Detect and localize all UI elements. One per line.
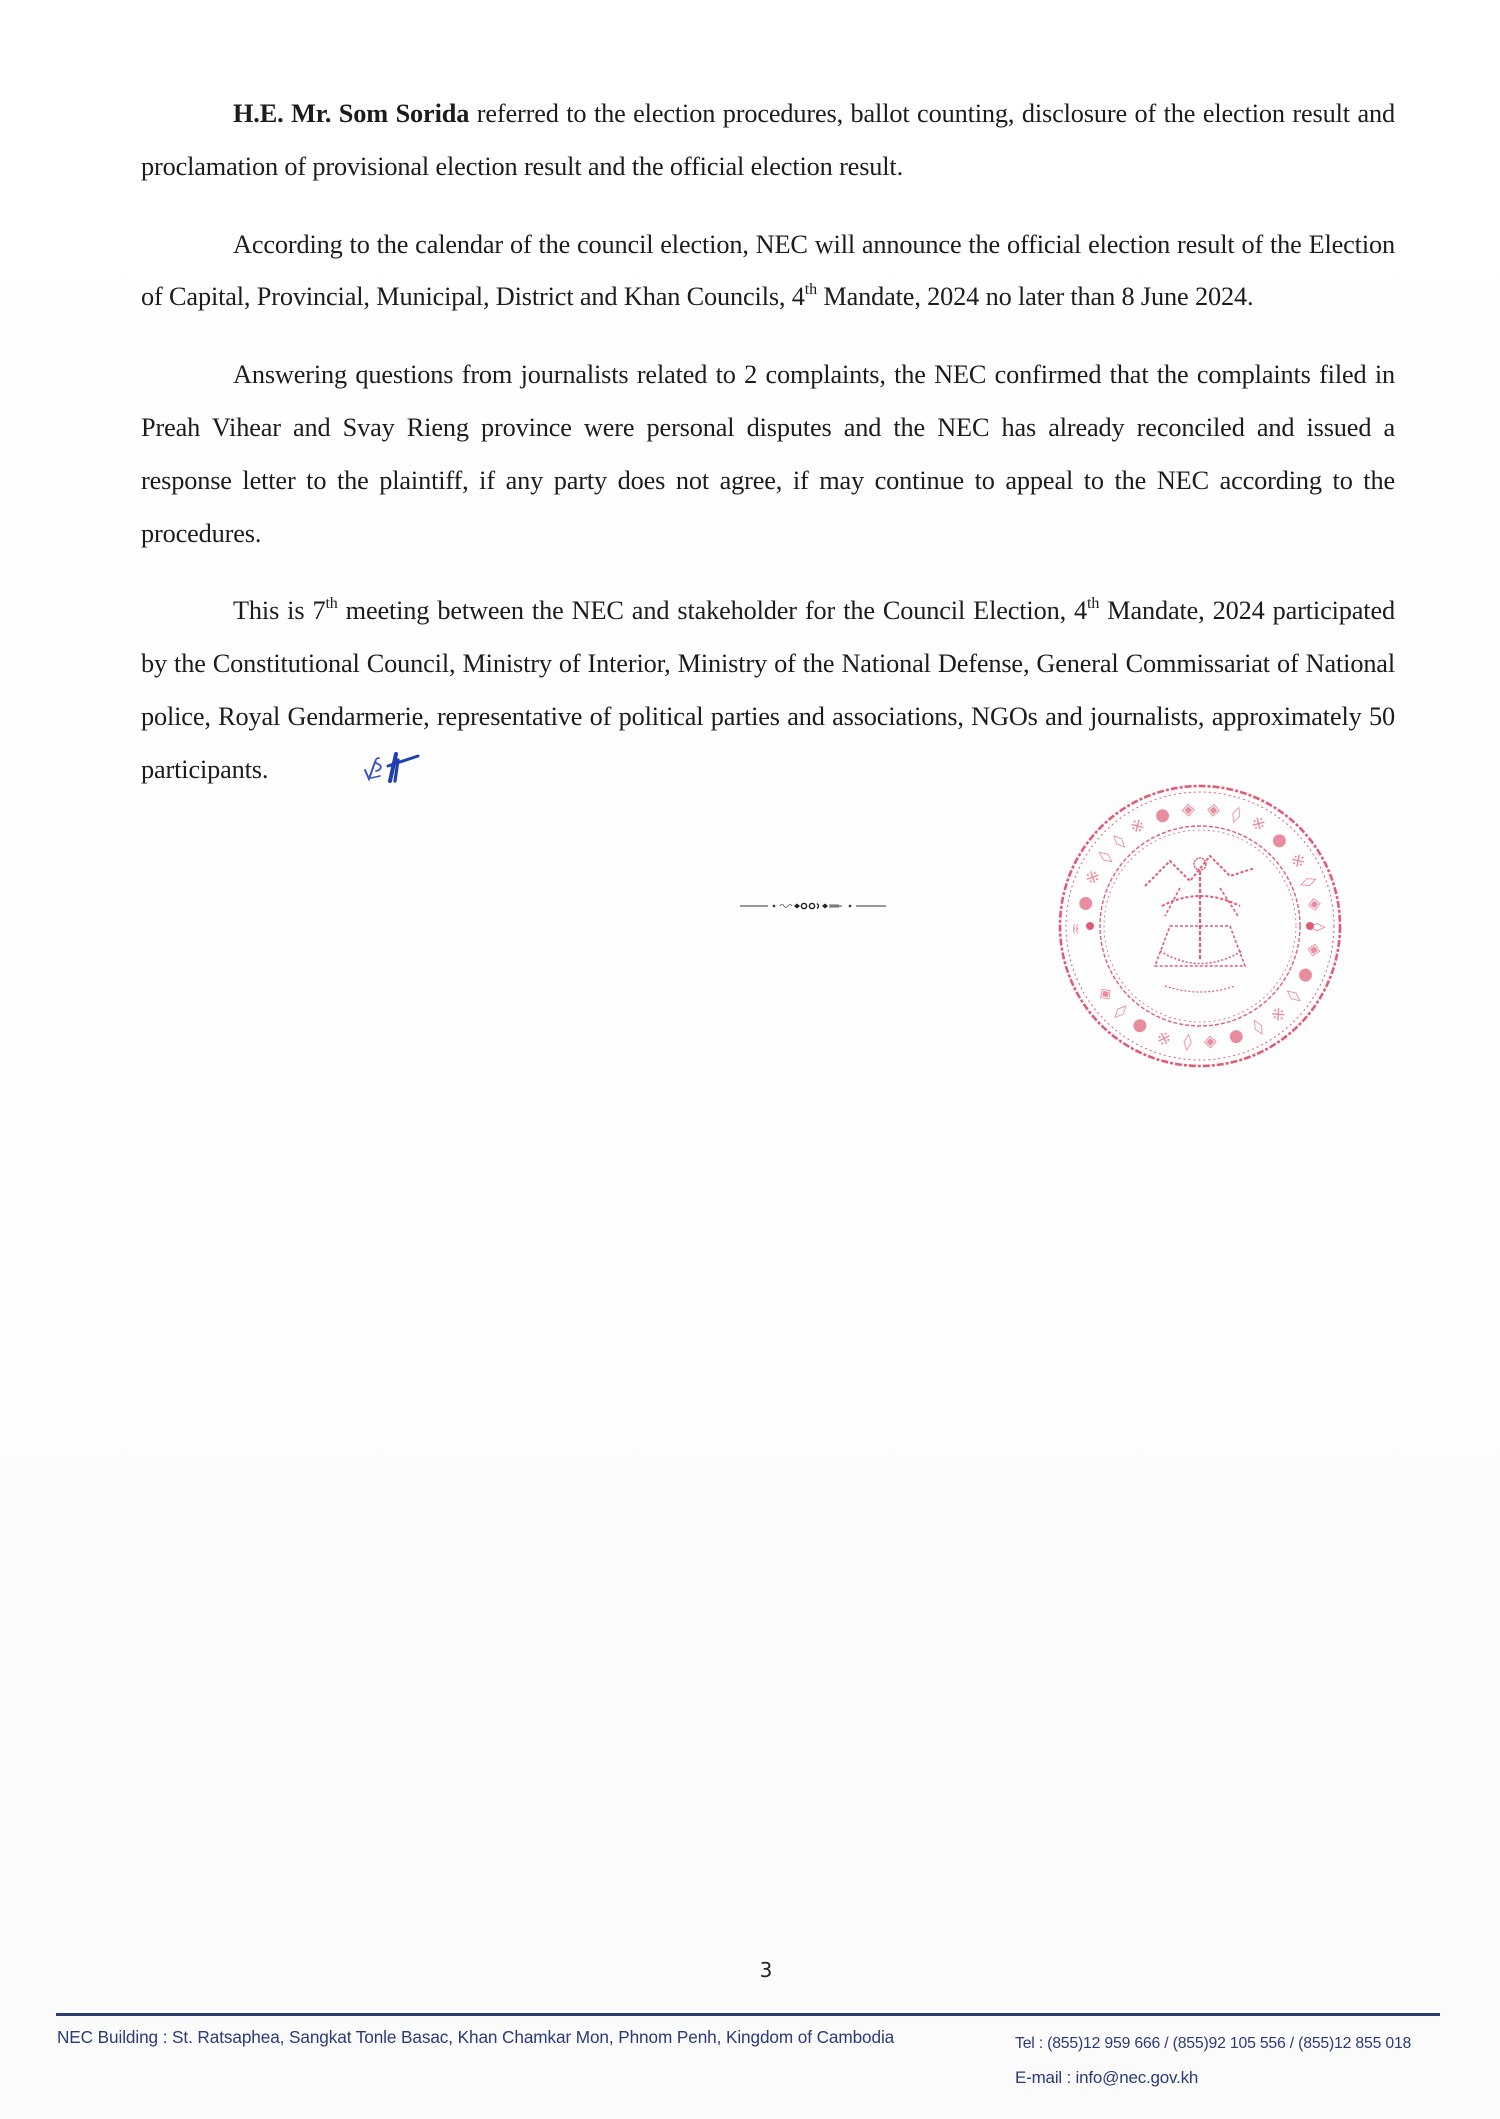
ordinal-suffix: th — [805, 281, 817, 298]
paragraph-procedures: H.E. Mr. Som Sorida referred to the elec… — [141, 88, 1395, 194]
ornamental-divider-icon — [738, 897, 888, 915]
footer-contact: Tel : (855)12 959 666 / (855)92 105 556 … — [1015, 2027, 1411, 2095]
document-page: H.E. Mr. Som Sorida referred to the elec… — [0, 0, 1500, 2119]
footer-telephone: Tel : (855)12 959 666 / (855)92 105 556 … — [1015, 2027, 1411, 2061]
paragraph-text: meeting between the NEC and stakeholder … — [338, 596, 1087, 625]
paragraph-text: This is 7 — [233, 596, 325, 625]
handwritten-initials-icon — [270, 748, 420, 803]
ordinal-suffix: th — [1087, 595, 1099, 612]
svg-text:ꩰꩰ ● ※ ◊ ◊ ※ ● ◈ ◈ ◊ ※ ● ※ ◊ ◈: ꩰꩰ ● ※ ◊ ◊ ※ ● ◈ ◈ ◊ ※ ● ※ ◊ ◈ ◊ ◈ ● ◊ ※… — [1073, 799, 1327, 1053]
paragraph-text: Answering questions from journalists rel… — [141, 360, 1395, 547]
footer-email: E-mail : info@nec.gov.kh — [1015, 2061, 1411, 2095]
footer-address: NEC Building : St. Ratsaphea, Sangkat To… — [57, 2027, 894, 2048]
page-number: 3 — [756, 1958, 776, 1982]
speaker-name: H.E. Mr. Som Sorida — [233, 99, 469, 128]
ordinal-suffix: th — [325, 595, 337, 612]
paragraph-complaints: Answering questions from journalists rel… — [141, 349, 1395, 560]
paragraph-calendar: According to the calendar of the council… — [141, 219, 1395, 325]
footer-divider — [56, 2013, 1440, 2016]
paragraph-text: Mandate, 2024 no later than 8 June 2024. — [817, 282, 1253, 311]
paragraph-meeting: This is 7th meeting between the NEC and … — [141, 585, 1395, 802]
document-body: H.E. Mr. Som Sorida referred to the elec… — [141, 88, 1395, 828]
